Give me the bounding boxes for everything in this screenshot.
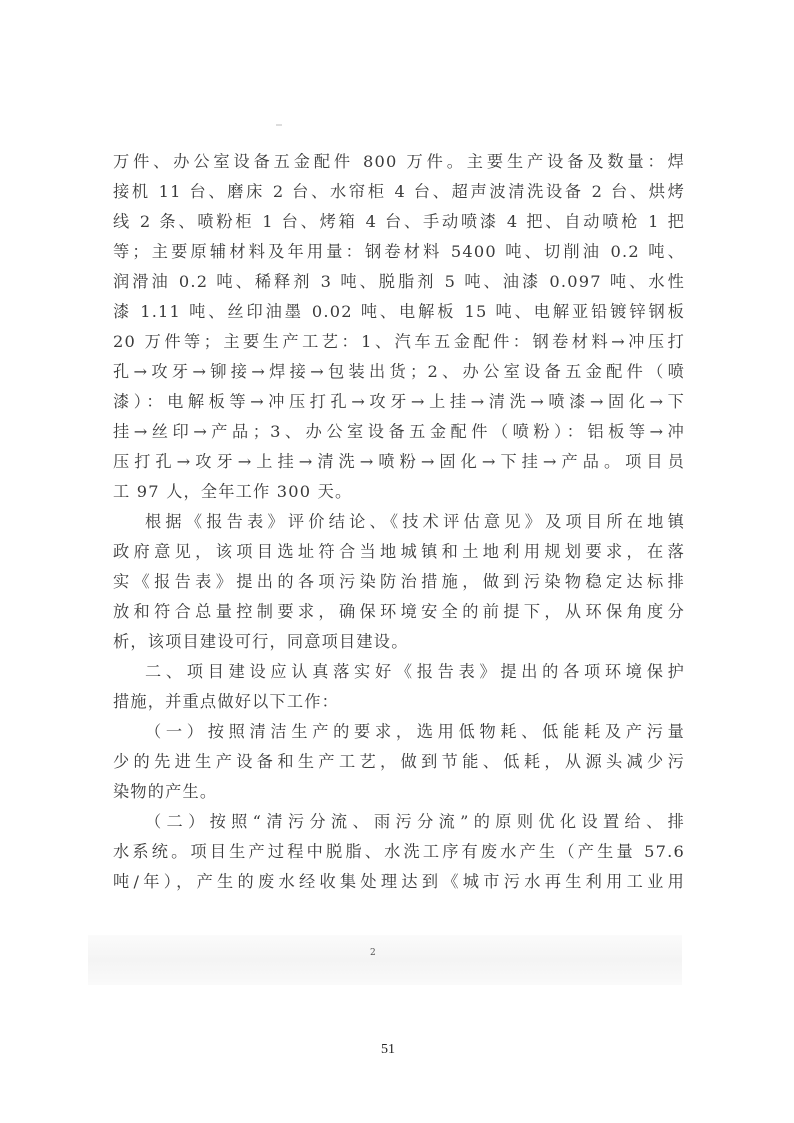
text-line: 压打孔→攻牙→上挂→清洗→喷粉→固化→下挂→产品。项目员: [113, 447, 685, 477]
text-line: 润滑油 0.2 吨、稀释剂 3 吨、脱脂剂 5 吨、油漆 0.097 吨、水性: [113, 267, 685, 297]
text-line: 水系统。项目生产过程中脱脂、水洗工序有废水产生（产生量 57.6: [113, 837, 685, 867]
document-page: 万件、办公室设备五金配件 800 万件。主要生产设备及数量：焊 接机 11 台、…: [0, 0, 794, 1123]
text-line: 漆）：电解板等→冲压打孔→攻牙→上挂→清洗→喷漆→固化→下: [113, 387, 685, 417]
text-line: 染物的产生。: [113, 777, 685, 807]
body-text: 万件、办公室设备五金配件 800 万件。主要生产设备及数量：焊 接机 11 台、…: [113, 147, 685, 897]
text-line: 措施，并重点做好以下工作：: [113, 687, 685, 717]
text-line: 实《报告表》提出的各项污染防治措施，做到污染物稳定达标排: [113, 567, 685, 597]
text-line: 等；主要原辅材料及年用量：钢卷材料 5400 吨、切削油 0.2 吨、: [113, 237, 685, 267]
text-line: 少的先进生产设备和生产工艺，做到节能、低耗，从源头减少污: [113, 747, 685, 777]
section-heading-2: 二、项目建设应认真落实好《报告表》提出的各项环境保护: [113, 657, 685, 687]
text-line: 接机 11 台、磨床 2 台、水帘柜 4 台、超声波清洗设备 2 台、烘烤: [113, 177, 685, 207]
scanned-footer-band: [88, 935, 682, 985]
scan-artifact: [276, 124, 282, 126]
text-line: 线 2 条、喷粉柜 1 台、烤箱 4 台、手动喷漆 4 把、自动喷枪 1 把: [113, 207, 685, 237]
text-line: 20 万件等；主要生产工艺：1、汽车五金配件：钢卷材料→冲压打: [113, 327, 685, 357]
text-line: 万件、办公室设备五金配件 800 万件。主要生产设备及数量：焊: [113, 147, 685, 177]
item-2-start: （二）按照“清污分流、雨污分流”的原则优化设置给、排: [113, 807, 685, 837]
inner-page-number: 2: [370, 948, 376, 958]
paragraph-start: 根据《报告表》评价结论、《技术评估意见》及项目所在地镇: [113, 507, 685, 537]
text-line: 政府意见，该项目选址符合当地城镇和土地利用规划要求，在落: [113, 537, 685, 567]
text-line: 孔→攻牙→铆接→焊接→包装出货；2、办公室设备五金配件（喷: [113, 357, 685, 387]
text-line: 析，该项目建设可行，同意项目建设。: [113, 627, 685, 657]
text-line: 放和符合总量控制要求，确保环境安全的前提下，从环保角度分: [113, 597, 685, 627]
text-line: 吨/年），产生的废水经收集处理达到《城市污水再生利用工业用: [113, 867, 685, 897]
text-line: 漆 1.11 吨、丝印油墨 0.02 吨、电解板 15 吨、电解亚铅镀锌钢板: [113, 297, 685, 327]
item-1-start: （一）按照清洁生产的要求，选用低物耗、低能耗及产污量: [113, 717, 685, 747]
text-line: 工 97 人，全年工作 300 天。: [113, 477, 685, 507]
page-number: 51: [381, 1042, 395, 1058]
text-line: 挂→丝印→产品；3、办公室设备五金配件（喷粉）：铝板等→冲: [113, 417, 685, 447]
